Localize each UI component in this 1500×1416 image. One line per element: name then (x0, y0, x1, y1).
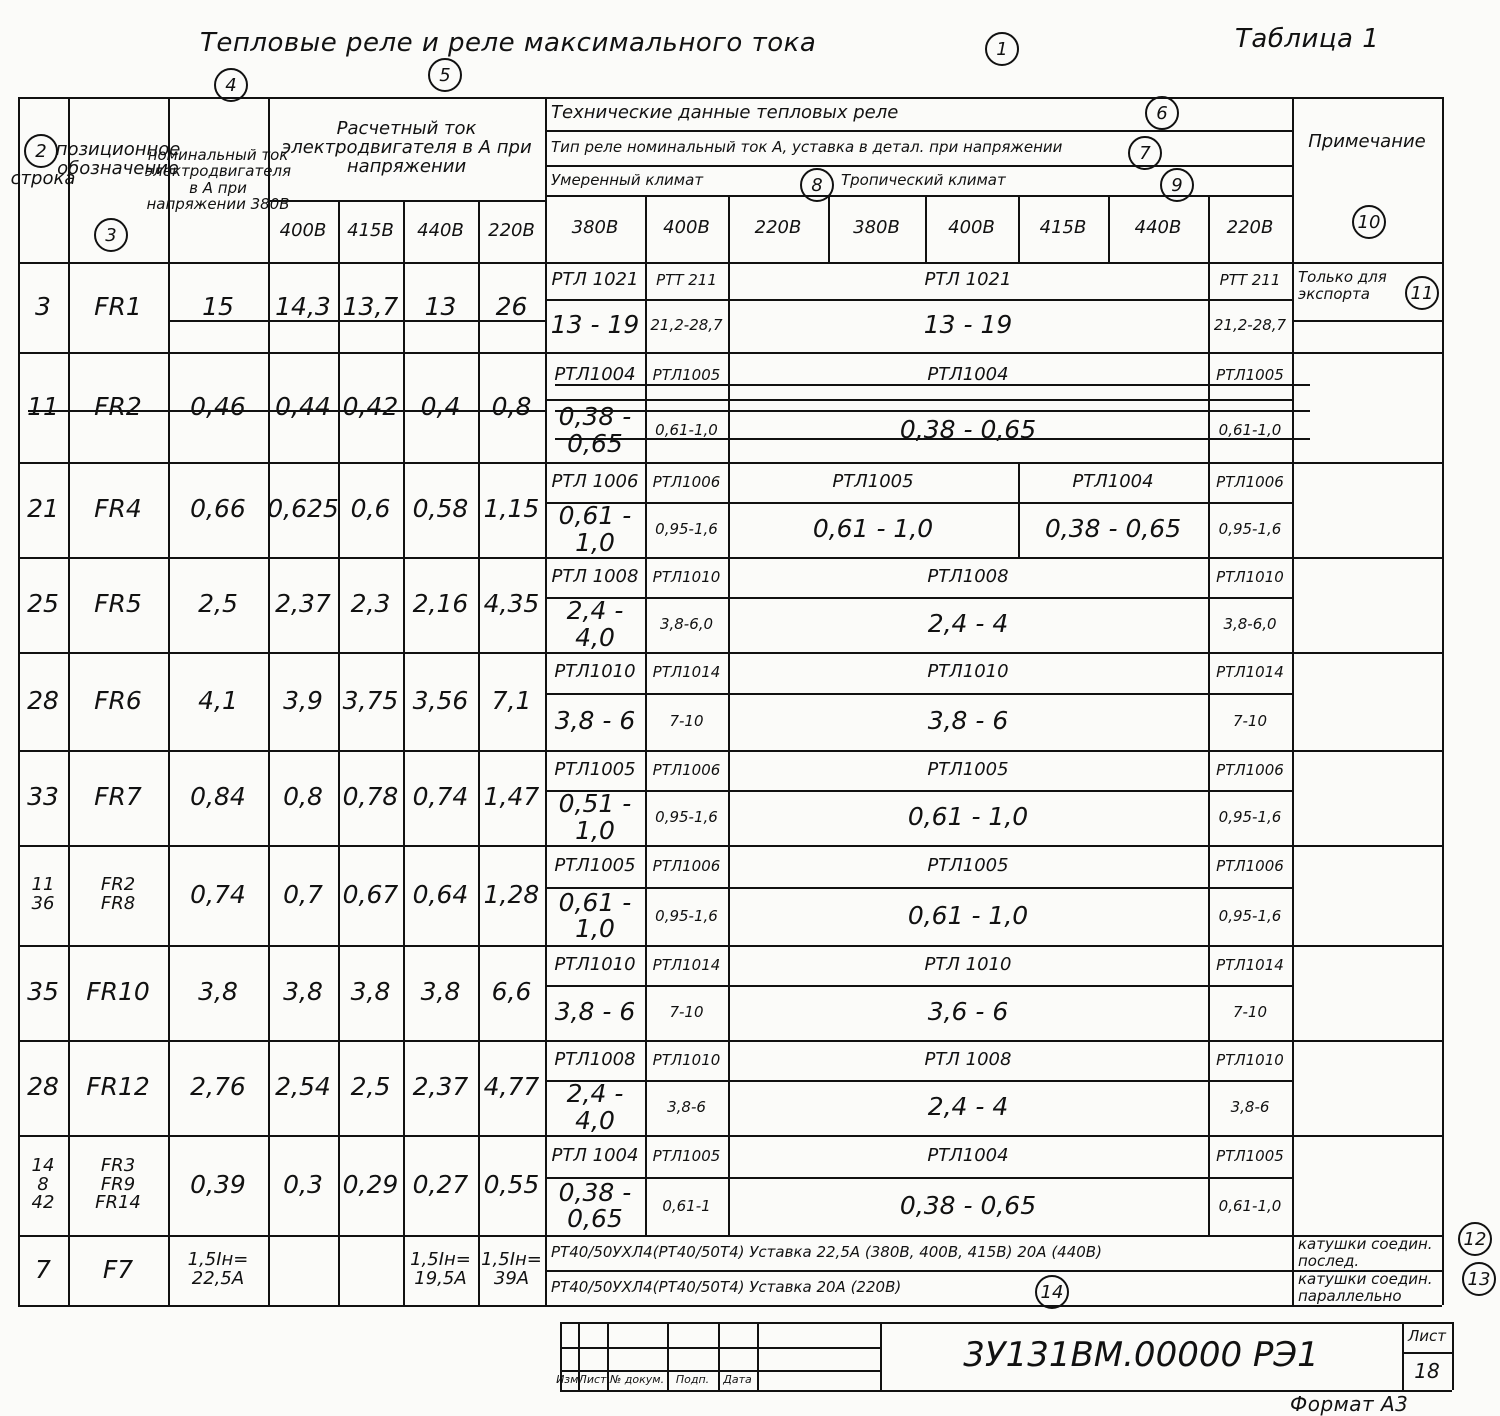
relay-range: 0,38 - 0,65 (545, 399, 645, 462)
calculated-current: 0,8 (268, 750, 338, 845)
calculated-current: 0,7 (268, 845, 338, 945)
relay-range: 0,38 - 0,65 (728, 399, 1208, 462)
position-designation: FR6 (68, 652, 168, 750)
relay-type: РТЛ1006 (645, 462, 728, 502)
row-number: 7 (18, 1235, 68, 1305)
table-line (1292, 1135, 1294, 1235)
header-nominal-current: номинальный ток электродвигателя в А при… (168, 97, 268, 262)
ref-marker-13: 13 (1462, 1262, 1496, 1296)
relay-type: РТЛ1004 (545, 352, 645, 399)
calculated-current: 0,8 (478, 352, 545, 462)
header-voltage: 380В (545, 195, 645, 262)
nominal-current: 0,84 (168, 750, 268, 845)
relay-range: 2,4 - 4,0 (545, 597, 645, 652)
stamp-label: Изм. (560, 1370, 578, 1390)
note-text: Только для экспорта (1292, 262, 1418, 309)
relay-type: РТЛ 1021 (728, 262, 1208, 299)
relay-type: РТТ 211 (645, 262, 728, 299)
header-voltage: 220В (478, 200, 545, 262)
calculated-current: 2,3 (338, 557, 403, 652)
nominal-current: 0,39 (168, 1135, 268, 1235)
relay-type: РТЛ1006 (1208, 750, 1292, 790)
nominal-current: 0,74 (168, 845, 268, 945)
calculated-current: 0,44 (268, 352, 338, 462)
relay-type: РТЛ1010 (545, 945, 645, 985)
relay-range: 0,61 - 1,0 (728, 887, 1208, 945)
relay-range: 3,8-6 (645, 1080, 728, 1135)
relay-type: РТЛ1005 (545, 750, 645, 790)
relay-range: 7-10 (1208, 985, 1292, 1040)
relay-range: 0,95-1,6 (1208, 790, 1292, 845)
relay-type: РТЛ1005 (728, 845, 1208, 887)
nominal-current: 15 (168, 262, 268, 352)
row-number: 28 (18, 1040, 68, 1135)
note-text: катушки соедин. послед. (1292, 1235, 1448, 1270)
relay-type: РТЛ1004 (728, 352, 1208, 399)
header-calculated-current: Расчетный ток электродвигателя в А при н… (268, 97, 545, 200)
calculated-current: 13,7 (338, 262, 403, 352)
stamp-line (1452, 1322, 1454, 1390)
calculated-current: 0,74 (403, 750, 478, 845)
ref-marker-3: 3 (94, 218, 128, 252)
stamp-label: Лист (578, 1370, 607, 1390)
calculated-current: 3,56 (403, 652, 478, 750)
header-row-number: строка (18, 97, 68, 262)
calculated-current (268, 1235, 338, 1305)
stamp-line (757, 1322, 759, 1390)
calculated-current: 0,42 (338, 352, 403, 462)
position-designation: FR10 (68, 945, 168, 1040)
row-number: 21 (18, 462, 68, 557)
relay-range: 0,38 - 0,65 (1018, 502, 1208, 557)
calculated-current: 0,4 (403, 352, 478, 462)
relay-type: РТЛ 1008 (545, 557, 645, 597)
relay-type: РТЛ1010 (645, 1040, 728, 1080)
ref-marker-2: 2 (24, 134, 58, 168)
calculated-current: 6,6 (478, 945, 545, 1040)
table-line (18, 1305, 1442, 1307)
header-voltage: 400В (268, 200, 338, 262)
relay-type: РТЛ 1004 (545, 1135, 645, 1177)
relay-settings-line: РТ40/50УХЛ4(РТ40/50Т4) Уставка 22,5А (38… (545, 1235, 1298, 1270)
header-tropical-climate: Тропический климат (835, 165, 1171, 195)
header-voltage: 440В (403, 200, 478, 262)
header-voltage: 220В (1208, 195, 1292, 262)
relay-range: 21,2-28,7 (645, 299, 728, 352)
ref-marker-5: 5 (428, 58, 462, 92)
calculated-current: 0,64 (403, 845, 478, 945)
table-line (168, 320, 545, 322)
row-number: 35 (18, 945, 68, 1040)
relay-type: РТЛ1008 (728, 557, 1208, 597)
calculated-current: 3,8 (268, 945, 338, 1040)
table-line (1292, 750, 1294, 845)
relay-range: 0,61-1,0 (1208, 399, 1292, 462)
relay-range: 0,61-1,0 (1208, 1177, 1292, 1235)
relay-range: 0,61-1 (645, 1177, 728, 1235)
sheet-number: 18 (1402, 1352, 1452, 1390)
header-voltage: 380В (828, 195, 925, 262)
relay-settings-line: РТ40/50УХЛ4(РТ40/50Т4) Уставка 20А (220В… (545, 1270, 1298, 1305)
header-voltage: 400В (925, 195, 1018, 262)
relay-range: 0,95-1,6 (1208, 502, 1292, 557)
relay-type: РТЛ1010 (545, 652, 645, 693)
position-designation: FR2 FR8 (68, 845, 168, 945)
calculated-current: 3,8 (338, 945, 403, 1040)
position-designation: FR12 (68, 1040, 168, 1135)
row-number: 33 (18, 750, 68, 845)
header-tech-data: Технические данные тепловых реле (545, 97, 1298, 130)
relay-range: 2,4 - 4 (728, 1080, 1208, 1135)
ref-marker-14: 14 (1035, 1275, 1069, 1309)
relay-range: 0,61-1,0 (645, 399, 728, 462)
calculated-current: 1,15 (478, 462, 545, 557)
relay-type: РТЛ1006 (1208, 462, 1292, 502)
calculated-current: 1,5Iн= 39А (478, 1235, 545, 1305)
relay-type: РТЛ1004 (1018, 462, 1208, 502)
calculated-current: 1,5Iн= 19,5А (403, 1235, 478, 1305)
calculated-current: 1,47 (478, 750, 545, 845)
table-line (1292, 1040, 1294, 1135)
strikethrough-line (555, 384, 1310, 386)
nominal-current: 0,46 (168, 352, 268, 462)
relay-type: РТТ 211 (1208, 262, 1292, 299)
calculated-current: 2,5 (338, 1040, 403, 1135)
calculated-current: 0,78 (338, 750, 403, 845)
relay-range: 3,8 - 6 (728, 693, 1208, 750)
header-voltage: 440В (1108, 195, 1208, 262)
relay-type: РТЛ1014 (1208, 945, 1292, 985)
calculated-current: 0,3 (268, 1135, 338, 1235)
relay-range: 0,61 - 1,0 (728, 790, 1208, 845)
table-line (1442, 97, 1444, 1305)
stamp-label: Дата (718, 1370, 757, 1390)
calculated-current: 1,28 (478, 845, 545, 945)
format-label: Формат А3 (1290, 1392, 1408, 1416)
relay-type: РТЛ1010 (728, 652, 1208, 693)
position-designation: FR4 (68, 462, 168, 557)
position-designation: FR2 (68, 352, 168, 462)
relay-type: РТЛ1005 (728, 750, 1208, 790)
relay-type: РТЛ1005 (728, 462, 1018, 502)
relay-range: 13 - 19 (545, 299, 645, 352)
header-temperate-climate: Умеренный климат (545, 165, 831, 195)
relay-type: РТЛ1006 (645, 750, 728, 790)
document-title: Тепловые реле и реле максимального тока (200, 28, 816, 58)
nominal-current: 2,76 (168, 1040, 268, 1135)
calculated-current: 4,35 (478, 557, 545, 652)
calculated-current: 0,625 (268, 462, 338, 557)
table-line (1292, 352, 1294, 462)
relay-range: 3,8 - 6 (545, 985, 645, 1040)
calculated-current: 2,54 (268, 1040, 338, 1135)
calculated-current: 3,75 (338, 652, 403, 750)
relay-range: 0,51 - 1,0 (545, 790, 645, 845)
relay-type: РТЛ1005 (645, 1135, 728, 1177)
calculated-current: 2,37 (268, 557, 338, 652)
header-voltage: 415В (338, 200, 403, 262)
calculated-current: 3,8 (403, 945, 478, 1040)
relay-range: 2,4 - 4,0 (545, 1080, 645, 1135)
relay-type: РТЛ 1008 (728, 1040, 1208, 1080)
table-line (1292, 652, 1294, 750)
row-number: 11 (18, 352, 68, 462)
relay-type: РТЛ1006 (1208, 845, 1292, 887)
relay-range: 7-10 (1208, 693, 1292, 750)
nominal-current: 2,5 (168, 557, 268, 652)
relay-range: 2,4 - 4 (728, 597, 1208, 652)
relay-range: 0,38 - 0,65 (545, 1177, 645, 1235)
relay-type: РТЛ1005 (1208, 1135, 1292, 1177)
header-note: Примечание (1292, 97, 1442, 187)
relay-type: РТЛ1005 (645, 352, 728, 399)
relay-type: РТЛ1014 (645, 652, 728, 693)
relay-type: РТЛ 1010 (728, 945, 1208, 985)
relay-range: 0,95-1,6 (645, 502, 728, 557)
ref-marker-1: 1 (985, 32, 1019, 66)
strikethrough-line (28, 410, 545, 412)
relay-range: 3,8-6,0 (645, 597, 728, 652)
relay-type: РТЛ1010 (1208, 557, 1292, 597)
calculated-current: 14,3 (268, 262, 338, 352)
row-number: 3 (18, 262, 68, 352)
relay-type: РТЛ1008 (545, 1040, 645, 1080)
row-number: 25 (18, 557, 68, 652)
table-line (1292, 557, 1294, 652)
relay-range: 7-10 (645, 693, 728, 750)
relay-type: РТЛ1010 (1208, 1040, 1292, 1080)
calculated-current: 0,27 (403, 1135, 478, 1235)
calculated-current: 0,55 (478, 1135, 545, 1235)
relay-range: 0,95-1,6 (1208, 887, 1292, 945)
header-voltage: 400В (645, 195, 728, 262)
row-number: 11 36 (18, 845, 68, 945)
relay-type: РТЛ1006 (645, 845, 728, 887)
relay-range: 0,95-1,6 (645, 887, 728, 945)
ref-marker-6: 6 (1145, 96, 1179, 130)
nominal-current: 4,1 (168, 652, 268, 750)
note-text: катушки соедин. параллельно (1292, 1270, 1448, 1305)
position-designation: FR1 (68, 262, 168, 352)
table-line (1292, 320, 1442, 322)
document-code: 3У131ВМ.00000 РЭ1 (880, 1322, 1402, 1390)
relay-range: 3,8 - 6 (545, 693, 645, 750)
relay-type: РТЛ 1006 (545, 462, 645, 502)
header-voltage: 220В (728, 195, 828, 262)
calculated-current: 0,29 (338, 1135, 403, 1235)
nominal-current: 1,5Iн= 22,5А (168, 1235, 268, 1305)
calculated-current: 13 (403, 262, 478, 352)
strikethrough-line (555, 438, 1310, 440)
relay-type: РТЛ1005 (545, 845, 645, 887)
position-designation: F7 (68, 1235, 168, 1305)
relay-type: РТЛ1010 (645, 557, 728, 597)
table-line (1292, 945, 1294, 1040)
table-label: Таблица 1 (1235, 24, 1379, 54)
calculated-current: 2,16 (403, 557, 478, 652)
calculated-current: 0,58 (403, 462, 478, 557)
nominal-current: 3,8 (168, 945, 268, 1040)
relay-range: 0,95-1,6 (645, 790, 728, 845)
relay-type: РТЛ1005 (1208, 352, 1292, 399)
position-designation: FR3 FR9 FR14 (68, 1135, 168, 1235)
stamp-label: № докум. (607, 1370, 667, 1390)
sheet-label: Лист (1402, 1322, 1452, 1352)
header-relay-type: Тип реле номинальный ток А, уставка в де… (545, 130, 1298, 165)
calculated-current (338, 1235, 403, 1305)
calculated-current: 7,1 (478, 652, 545, 750)
ref-marker-10: 10 (1352, 205, 1386, 239)
stamp-line (560, 1347, 880, 1349)
relay-range: 21,2-28,7 (1208, 299, 1292, 352)
table-line (1292, 462, 1294, 557)
row-number: 28 (18, 652, 68, 750)
table-line (1292, 845, 1294, 945)
relay-range: 0,61 - 1,0 (728, 502, 1018, 557)
relay-range: 13 - 19 (728, 299, 1208, 352)
relay-type: РТЛ1004 (728, 1135, 1208, 1177)
calculated-current: 0,6 (338, 462, 403, 557)
position-designation: FR5 (68, 557, 168, 652)
relay-range: 3,6 - 6 (728, 985, 1208, 1040)
nominal-current: 0,66 (168, 462, 268, 557)
calculated-current: 0,67 (338, 845, 403, 945)
calculated-current: 3,9 (268, 652, 338, 750)
ref-marker-11: 11 (1405, 276, 1439, 310)
calculated-current: 4,77 (478, 1040, 545, 1135)
position-designation: FR7 (68, 750, 168, 845)
relay-type: РТЛ1014 (1208, 652, 1292, 693)
calculated-current: 2,37 (403, 1040, 478, 1135)
ref-marker-12: 12 (1458, 1222, 1492, 1256)
relay-range: 0,38 - 0,65 (728, 1177, 1208, 1235)
strikethrough-line (555, 410, 1310, 412)
relay-range: 3,8-6,0 (1208, 597, 1292, 652)
relay-range: 0,61 - 1,0 (545, 502, 645, 557)
calculated-current: 26 (478, 262, 545, 352)
header-voltage: 415В (1018, 195, 1108, 262)
stamp-label: Подп. (667, 1370, 718, 1390)
relay-range: 7-10 (645, 985, 728, 1040)
row-number: 14 8 42 (18, 1135, 68, 1235)
relay-type: РТЛ1014 (645, 945, 728, 985)
relay-type: РТЛ 1021 (545, 262, 645, 299)
relay-range: 0,61 - 1,0 (545, 887, 645, 945)
relay-range: 3,8-6 (1208, 1080, 1292, 1135)
